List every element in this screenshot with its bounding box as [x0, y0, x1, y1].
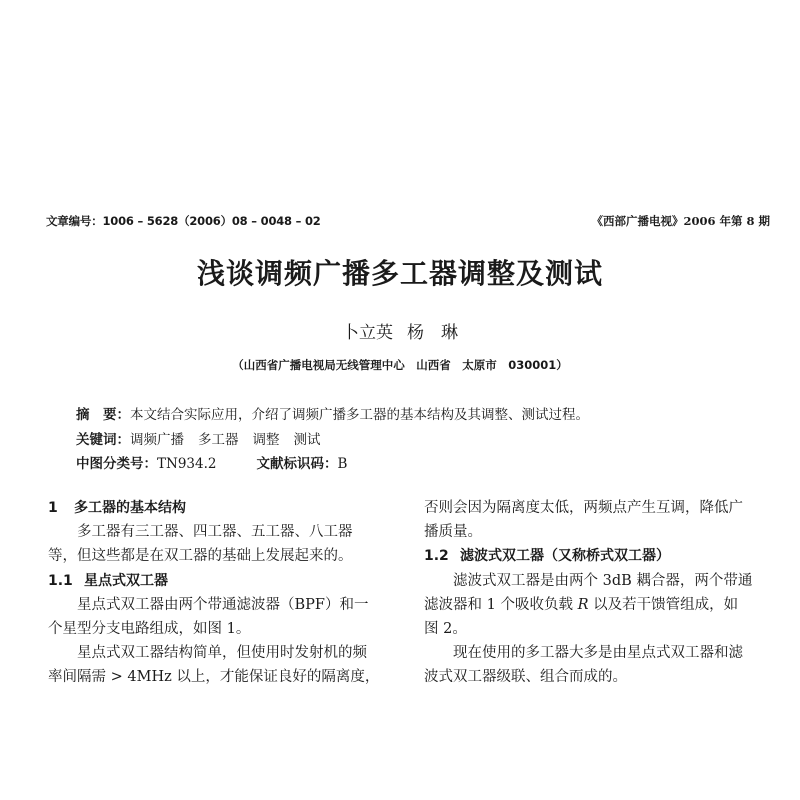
paragraph-line: 个星型分支电路组成，如图 1。 — [48, 617, 400, 641]
doc-code-label: 文献标识码： — [256, 456, 337, 472]
section-heading-1-1: 1.1星点式双工器 — [48, 569, 400, 593]
section-heading-1: 1多工器的基本结构 — [48, 496, 400, 520]
right-column: 否则会因为隔离度太低，两频点产生互调，降低广 播质量。 1.2滤波式双工器（又称… — [424, 496, 776, 690]
paragraph-line: 图 2。 — [424, 617, 776, 641]
author-1: 卜立英 — [342, 323, 393, 343]
classification: 中图分类号：TN934.2文献标识码：B — [76, 452, 347, 472]
paragraph-line: 率间隔需 > 4MHz 以上，才能保证良好的隔离度， — [48, 665, 400, 689]
abstract-text: 本文结合实际应用，介绍了调频广播多工器的基本结构及其调整、测试过程。 — [130, 407, 589, 423]
paragraph-line: 现在使用的多工器大多是由星点式双工器和滤 — [424, 641, 776, 665]
journal-issue: 《西部广播电视》2006 年第 8 期 — [591, 213, 770, 229]
keywords-label: 关键词： — [76, 432, 130, 448]
keyword-1: 调频广播 — [130, 432, 184, 448]
abstract-label: 摘 要： — [76, 407, 130, 423]
paragraph-line: 星点式双工器结构简单，但使用时发射机的频 — [48, 641, 400, 665]
article-number-label: 文章编号： — [46, 214, 103, 228]
paper-page: 文章编号：1006 – 5628（2006）08 – 0048 – 02 《西部… — [0, 0, 800, 800]
paragraph-line: 滤波器和 1 个吸收负载 R 以及若干馈管组成，如 — [424, 593, 776, 617]
paper-title: 浅谈调频广播多工器调整及测试 — [0, 252, 800, 292]
keyword-3: 调整 — [253, 432, 280, 448]
affiliation: （山西省广播电视局无线管理中心 山西省 太原市 030001） — [0, 357, 800, 373]
keywords: 关键词：调频广播多工器调整测试 — [76, 428, 321, 448]
doc-code-value: B — [337, 456, 347, 472]
author-2: 杨 琳 — [407, 323, 458, 343]
paragraph-line: 星点式双工器由两个带通滤波器（BPF）和一 — [48, 593, 400, 617]
article-number-value: 1006 – 5628（2006）08 – 0048 – 02 — [103, 214, 321, 228]
paragraph-line: 否则会因为隔离度太低，两频点产生互调，降低广 — [424, 496, 776, 520]
paragraph-line: 波式双工器级联、组合而成的。 — [424, 665, 776, 689]
paragraph-line: 播质量。 — [424, 520, 776, 544]
left-column: 1多工器的基本结构 多工器有三工器、四工器、五工器、八工器 等，但这些都是在双工… — [48, 496, 400, 690]
authors: 卜立英杨 琳 — [0, 318, 800, 343]
paragraph-line: 等，但这些都是在双工器的基础上发展起来的。 — [48, 544, 400, 568]
clc-value: TN934.2 — [157, 456, 216, 472]
variable-r: R — [578, 597, 589, 613]
keyword-2: 多工器 — [198, 432, 239, 448]
paragraph-line: 多工器有三工器、四工器、五工器、八工器 — [48, 520, 400, 544]
keyword-4: 测试 — [294, 432, 321, 448]
clc-label: 中图分类号： — [76, 456, 157, 472]
article-number: 文章编号：1006 – 5628（2006）08 – 0048 – 02 — [46, 213, 321, 229]
section-heading-1-2: 1.2滤波式双工器（又称桥式双工器） — [424, 544, 776, 568]
abstract: 摘 要：本文结合实际应用，介绍了调频广播多工器的基本结构及其调整、测试过程。 — [76, 403, 589, 423]
paragraph-line: 滤波式双工器是由两个 3dB 耦合器，两个带通 — [424, 569, 776, 593]
